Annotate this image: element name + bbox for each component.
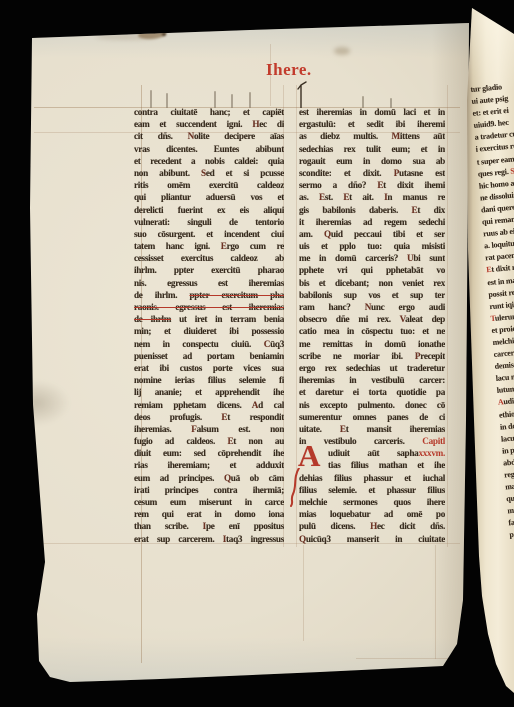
text-line: tatem hanc igni. Ergo cum re: [134, 240, 284, 252]
text-segment: uā ob cām: [231, 473, 284, 483]
text-segment: pphete vri qui pphetabāt vo: [299, 265, 445, 275]
text-line: ergastulū: et sedit ibi iheremi: [299, 118, 445, 130]
text-segment: uicūq3 manserit in ciuitate: [306, 534, 445, 544]
text-line: et recedent a nobis caldei: quia: [134, 155, 284, 167]
text-segment: tur gladio: [470, 82, 502, 94]
text-segment: ec di: [259, 119, 284, 129]
text-segment: obsecro dñe mi rex.: [299, 314, 400, 324]
text-line: it iheremias ad regem sedechi: [299, 216, 445, 228]
text-segment: ūq3: [270, 339, 284, 349]
text-segment: Q: [224, 473, 231, 483]
text-segment: ethiops uir e: [499, 407, 514, 419]
text-segment: et recedent a nobis caldei: quia: [134, 156, 284, 166]
text-segment: than scribe.: [134, 521, 203, 531]
text-segment: uid peccaui tibi et ser: [331, 229, 445, 239]
text-segment: rat pacem po: [485, 250, 514, 263]
text-segment: st.: [325, 192, 343, 202]
text-segment: melchie. qui: [492, 335, 514, 347]
text-segment: i exercitus re: [475, 142, 514, 155]
text-segment: mias loquebatur ad omē po: [299, 509, 445, 519]
text-line: tias filius mathan et ihe: [299, 459, 445, 471]
text-segment: min; et diuideret ibi possessio: [134, 326, 284, 336]
text-line: de ihrlm. ppter exercitum pha: [134, 289, 284, 301]
text-segment: ittens aūt: [400, 131, 445, 141]
text-segment: t non au: [233, 436, 284, 446]
text-segment: babilonis sup vos et sup ter: [299, 290, 445, 300]
text-line: remiam pphetam dicens. Ad cal: [134, 399, 284, 411]
text-segment: H: [370, 521, 377, 531]
text-line: in vestibulo carceris. Capitl: [299, 435, 445, 447]
text-segment: rogauit eum in domo sua ab: [299, 156, 445, 166]
text-segment: ut iret in terram benia: [171, 314, 284, 324]
text-segment: de ihrlm: [134, 314, 171, 324]
text-segment: rias iheremiam; et adduxit: [134, 460, 284, 470]
text-segment: udiuit aut: [503, 395, 514, 407]
text-segment: qui remanser: [482, 214, 514, 227]
ruling-line-vertical: [303, 545, 304, 641]
ink-speck: [162, 32, 166, 36]
text-segment: ulerunt: [495, 311, 514, 322]
text-column-right: est iheremias in domū laci et inergastul…: [299, 106, 445, 545]
text-segment: qui pliantur aduersū vos et: [134, 192, 284, 202]
text-segment: uitate.: [299, 424, 340, 434]
text-segment: as.: [299, 192, 319, 202]
text-line: min; et diuideret ibi possessio: [134, 325, 284, 337]
text-segment: n manus re: [387, 192, 445, 202]
text-segment: pulū dicens.: [299, 521, 370, 531]
text-segment: alsum est. non: [197, 424, 284, 434]
text-segment: regem dicens: [504, 467, 514, 480]
text-segment: puenisset ad portam beniamin: [134, 351, 284, 361]
text-segment: ui aute psig: [471, 94, 508, 106]
text-line: non abibunt. Sed et si pcusse: [134, 167, 284, 179]
text-line: as. Est. Et ait. In manus re: [299, 191, 445, 203]
text-line: eum ad principes. Quā ob cām: [134, 472, 284, 484]
text-line: filius selemie. et phassur filius: [299, 484, 445, 496]
text-segment: male fecerunt: [505, 479, 514, 492]
text-segment: est in manib;: [487, 274, 514, 287]
text-segment: am.: [299, 229, 324, 239]
text-segment: as diebz multis.: [299, 131, 392, 141]
text-segment: panes in ciui: [509, 527, 514, 539]
text-segment: et daretur ei torta quotidie pa: [299, 387, 445, 397]
text-line: gis babilonis daberis. Et dix: [299, 204, 445, 216]
text-segment: lij ananie; et apprehendit ihe: [134, 387, 284, 397]
text-segment: ppter exercitum pha: [189, 290, 284, 300]
text-segment: gis babilonis daberis.: [299, 205, 412, 215]
text-segment: sermo a dño?: [299, 180, 377, 190]
text-line: Quicūq3 manserit in ciuitate: [299, 533, 445, 545]
text-segment: ergastulū: et sedit ibi iheremi: [299, 119, 445, 129]
text-line: suo cōsurgent. et incendent ciui: [134, 228, 284, 240]
text-line: vras dicentes. Euntes abibunt: [134, 143, 284, 155]
text-segment: lacum. Porro: [501, 431, 514, 444]
text-line: udiuit aūt saphaxxxvm.: [299, 447, 445, 459]
text-line: ritis omēm exercitū caldeoz: [134, 179, 284, 191]
text-segment: t mansit iheremias: [346, 424, 445, 434]
chapter-initial: A: [298, 441, 320, 471]
text-line: derelicti fuerint ex eis aliqui: [134, 204, 284, 216]
text-segment: ruus ab eis n: [483, 226, 514, 239]
text-segment: iheremias.: [134, 424, 191, 434]
text-line: erat ibi custos porte vices sua: [134, 362, 284, 374]
text-line: melchie sermones quos ihere: [299, 496, 445, 508]
text-line: cessisset exercitus caldeoz ab: [134, 252, 284, 264]
pen-flourish-icon: [296, 80, 308, 108]
text-segment: t dix: [417, 205, 445, 215]
text-segment: dani queren: [481, 202, 514, 214]
text-line: sedechias rex tulit eum; et in: [299, 143, 445, 155]
text-segment: lutum. desce: [496, 383, 514, 395]
ruling-line-vertical: [447, 85, 448, 547]
text-segment: irati principes contra ihermiā;: [134, 485, 284, 495]
text-segment: aleat dep: [405, 314, 445, 324]
text-line: pulū dicens. Hec dicit dñs.: [299, 520, 445, 532]
text-segment: t super eam.: [476, 154, 514, 166]
text-line: est iheremias in domū laci et in: [299, 106, 445, 118]
text-segment: nis excepto pulmento. donec cō: [299, 400, 445, 410]
text-segment: erat sup carcerem.: [134, 534, 223, 544]
text-segment: et: et erit ei: [472, 106, 509, 118]
text-segment: me in domū carceris?: [299, 253, 407, 263]
text-line: vulnerati: singuli de tentorio: [134, 216, 284, 228]
text-segment: diuit eum: sed cōprehendit ihe: [134, 448, 284, 458]
text-segment: uiuid9. hec: [473, 118, 509, 130]
text-segment: ques regi.: [477, 166, 510, 178]
text-segment: in domo regi: [500, 419, 514, 432]
text-line: nomine ierias filius selemie fi: [134, 374, 284, 386]
text-segment: ne dissoluit: [480, 190, 514, 202]
text-segment: M: [392, 131, 400, 141]
text-segment: vras dicentes. Euntes abibunt: [134, 144, 284, 154]
text-line: deos profugis. Et respondit: [134, 411, 284, 423]
text-line: rem qui erat in domo iona: [134, 508, 284, 520]
text-segment: sedechias rex tulit eum; et in: [299, 144, 445, 154]
text-line: sumerentur omnes panes de ci: [299, 411, 445, 423]
text-segment: suo cōsurgent. et incendent ciui: [134, 229, 284, 239]
text-segment: nomine ierias filius selemie fi: [134, 375, 284, 385]
text-segment: ritis omēm exercitū caldeoz: [134, 180, 284, 190]
text-line: contra ciuitatē hanc; et capiēt: [134, 106, 284, 118]
text-line: lij ananie; et apprehendit ihe: [134, 386, 284, 398]
text-segment: melchie sermones quos ihere: [299, 497, 445, 507]
text-segment: t dixit rex: [491, 263, 514, 275]
text-segment: udiuit aūt sapha: [328, 448, 418, 458]
text-segment: Capitl: [422, 436, 445, 446]
text-segment: contra ciuitatē hanc; et capiēt: [134, 107, 284, 117]
text-segment: scribe ne moriar ibi.: [299, 351, 415, 361]
text-line: bis et dicebant; non veniet rex: [299, 277, 445, 289]
text-line: babilonis sup vos et sup ter: [299, 289, 445, 301]
text-line: iheremias in vestibulū carcer:: [299, 374, 445, 386]
manuscript-page: Ihere. contra ciuitatē hanc; et capiētea…: [0, 0, 514, 707]
text-segment: it iheremias ad regem sedechi: [299, 217, 445, 227]
adjacent-page: tur gladioui aute psiget: et erit eiuiui…: [460, 0, 514, 707]
text-segment: raonis. egressus est iheremias: [134, 302, 284, 312]
text-line: eam et succendent igni. Hec di: [134, 118, 284, 130]
text-line: diuit eum: sed cōprehendit ihe: [134, 447, 284, 459]
text-segment: unc ergo audi: [371, 302, 445, 312]
text-segment: deos profugis.: [134, 412, 221, 422]
parchment-crease: [0, 0, 2, 380]
text-segment: cessisset exercitus caldeoz ab: [134, 253, 284, 263]
text-line: uitate. Et mansit iheremias: [299, 423, 445, 435]
text-segment: t ait.: [349, 192, 384, 202]
text-line: rias iheremiam; et adduxit: [134, 459, 284, 471]
text-line: nis excepto pulmento. donec cō: [299, 399, 445, 411]
text-line: irati principes contra ihermiā;: [134, 484, 284, 496]
text-segment: ergo rex sedechias ut traderetur: [299, 363, 445, 373]
text-line: ergo rex sedechias ut traderetur: [299, 362, 445, 374]
text-segment: cesum eum miserunt in carce: [134, 497, 284, 507]
corner-shadow: [0, 380, 70, 426]
text-segment: nem in conspectu ciuiū.: [134, 339, 264, 349]
text-segment: filius selemie. et phassur filius: [299, 485, 445, 495]
text-line: scondite: et dixit. Putasne est: [299, 167, 445, 179]
text-segment: rem qui erat in domo iona: [134, 509, 284, 519]
text-segment: ihrlm. ppter exercitū pharao: [134, 265, 284, 275]
text-line: ram hanc? Nunc ergo audi: [299, 301, 445, 313]
text-segment: a. loquitur h: [484, 238, 514, 250]
text-segment: dehias filius phassur et iuchal: [299, 473, 445, 483]
text-segment: eum ad principes.: [134, 473, 224, 483]
text-segment: uis et pplo tuo: quia misisti: [299, 241, 445, 251]
text-line: me in domū carceris? Ubi sunt: [299, 252, 445, 264]
text-segment: Q: [299, 534, 306, 544]
text-line: obsecro dñe mi rex. Valeat dep: [299, 313, 445, 325]
text-line: qui pliantur aduersū vos et: [134, 191, 284, 203]
text-segment: demiserunt: [494, 359, 514, 371]
text-line: mias loquebatur ad omē po: [299, 508, 445, 520]
text-line: raonis. egressus est iheremias: [134, 301, 284, 313]
text-line: pphete vri qui pphetabāt vo: [299, 264, 445, 276]
text-segment: a tradetur cui: [474, 129, 514, 142]
text-segment: catio mea in cōspectu tuo: et ne: [299, 326, 445, 336]
text-segment: xxxvm.: [418, 448, 445, 458]
text-line: puenisset ad portam beniamin: [134, 350, 284, 362]
text-line: catio mea in cōspectu tuo: et ne: [299, 325, 445, 337]
text-line: rogauit eum in domo sua ab: [299, 155, 445, 167]
text-segment: sumerentur omnes panes de ci: [299, 412, 445, 422]
text-segment: bis et dicebant; non veniet rex: [299, 278, 445, 288]
text-segment: derelicti fuerint ex eis aliqui: [134, 205, 284, 215]
ruling-line-horizontal: [356, 658, 462, 659]
text-segment: olite decipere aīas: [194, 131, 284, 141]
text-segment: fame iq3 non: [508, 515, 514, 528]
text-line: me remittas in domū ionathe: [299, 338, 445, 350]
text-segment: abdemelech d: [503, 455, 514, 468]
text-segment: est iheremias in domū laci et in: [299, 107, 445, 117]
text-segment: Q: [324, 229, 331, 239]
text-segment: fugio ad caldeos.: [134, 436, 227, 446]
photo-backdrop: Ihere. contra ciuitatē hanc; et capiētea…: [0, 0, 514, 707]
text-line: am. Quid peccaui tibi et ser: [299, 228, 445, 240]
adjacent-page-text: tur gladioui aute psiget: et erit eiuiui…: [470, 77, 514, 542]
text-segment: tatem hanc igni.: [134, 241, 221, 251]
text-segment: recepit: [420, 351, 445, 361]
text-segment: rgo cum re: [227, 241, 284, 251]
text-segment: de ihrlm.: [134, 290, 189, 300]
text-line: fugio ad caldeos. Et non au: [134, 435, 284, 447]
text-line: et daretur ei torta quotidie pa: [299, 386, 445, 398]
text-line: cesum eum miserunt in carce: [134, 496, 284, 508]
text-segment: miserunt in l: [507, 503, 514, 516]
text-segment: pe enī ppositus: [206, 521, 284, 531]
text-segment: ram hanc?: [299, 302, 365, 312]
text-segment: scondite: et dixit.: [299, 168, 394, 178]
ruling-line-vertical: [435, 545, 436, 659]
text-segment: taq3 ingressus: [226, 534, 284, 544]
text-segment: bi sunt: [413, 253, 445, 263]
stain: [334, 47, 350, 55]
text-segment: non abibunt.: [134, 168, 201, 178]
text-line: nis. egressus est iheremias: [134, 277, 284, 289]
text-line: ihrlm. ppter exercitū pharao: [134, 264, 284, 276]
text-line: de ihrlm ut iret in terram benia: [134, 313, 284, 325]
text-segment: erat ibi custos porte vices sua: [134, 363, 284, 373]
text-line: sermo a dño? Et dixit ihemi: [299, 179, 445, 191]
text-segment: in porta beni: [502, 443, 514, 456]
text-segment: quecunq3 ges: [506, 491, 514, 504]
text-segment: carcere erat f: [493, 346, 514, 359]
text-segment: lacu non erat: [495, 370, 514, 383]
text-line: scribe ne moriar ibi. Precepit: [299, 350, 445, 362]
text-segment: runt iqitur: [489, 299, 514, 311]
text-segment: vulnerati: singuli de tentorio: [134, 217, 284, 227]
text-segment: S: [510, 166, 514, 175]
text-line: dehias filius phassur et iuchal: [299, 472, 445, 484]
stain: [96, 34, 156, 40]
chapter-initial-tail: [290, 468, 302, 508]
text-segment: t dixit ihemi: [383, 180, 445, 190]
text-segment: d cal: [258, 400, 284, 410]
text-line: iheremias. Falsum est. non: [134, 423, 284, 435]
running-title: Ihere.: [266, 60, 312, 80]
text-segment: tias filius mathan et ihe: [328, 460, 445, 470]
text-segment: eam et succendent igni.: [134, 119, 252, 129]
text-segment: remiam pphetam dicens.: [134, 400, 252, 410]
text-line: than scribe. Ipe enī ppositus: [134, 520, 284, 532]
text-segment: nis. egressus est iheremias: [134, 278, 284, 288]
text-line: uis et pplo tuo: quia misisti: [299, 240, 445, 252]
text-line: nem in conspectu ciuiū. Cūq3: [134, 338, 284, 350]
text-segment: utasne est: [399, 168, 445, 178]
text-segment: ed et si pcusse: [206, 168, 284, 178]
text-segment: me remittas in domū ionathe: [299, 339, 445, 349]
text-segment: hic homo ad: [479, 178, 514, 190]
text-segment: et proiecerun: [491, 322, 514, 335]
text-segment: ec dicit dñs.: [377, 521, 445, 531]
text-line: erat sup carcerem. Itaq3 ingressus: [134, 533, 284, 545]
text-line: cit dñs. Nolite decipere aīas: [134, 130, 284, 142]
text-segment: iheremias in vestibulū carcer:: [299, 375, 445, 385]
text-segment: cit dñs.: [134, 131, 188, 141]
text-column-left: contra ciuitatē hanc; et capiēteam et su…: [134, 106, 284, 545]
text-segment: t respondit: [227, 412, 284, 422]
text-line: as diebz multis. Mittens aūt: [299, 130, 445, 142]
text-segment: possit regi q: [488, 286, 514, 298]
